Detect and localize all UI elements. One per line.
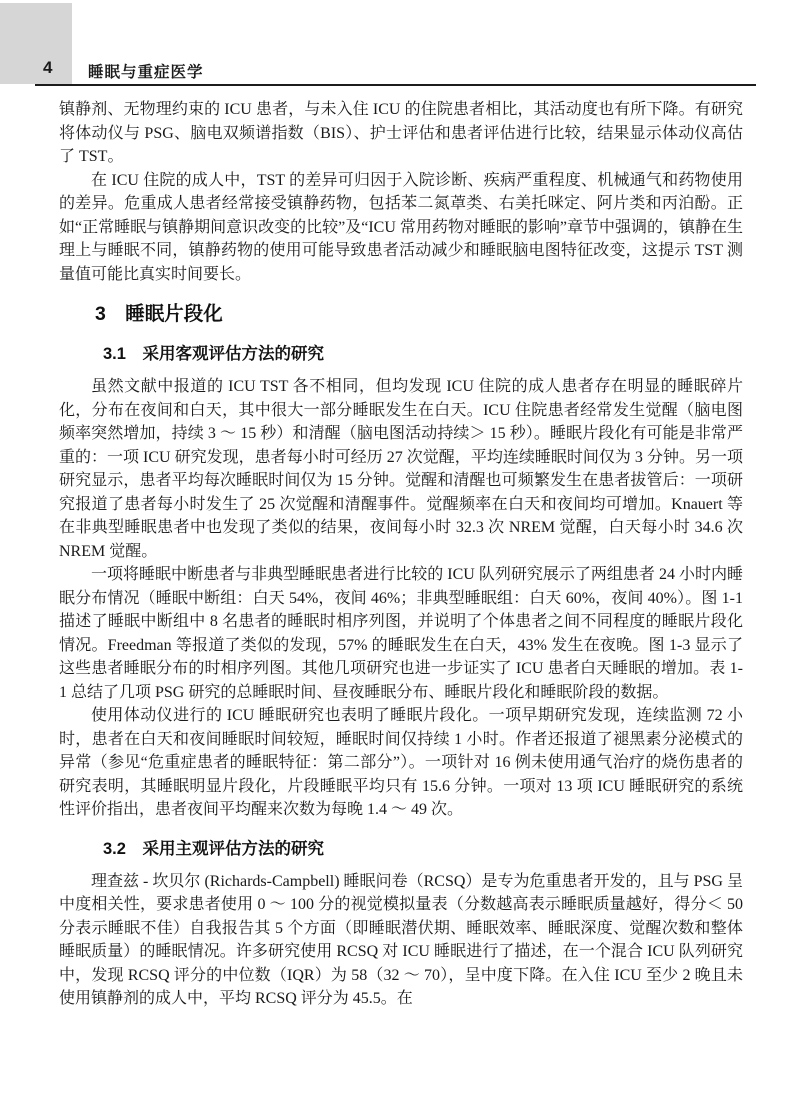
section-number: 3 [95, 303, 106, 325]
subsection-heading: 3.2 采用主观评估方法的研究 [103, 838, 743, 860]
body-paragraph: 在 ICU 住院的成人中，TST 的差异可归因于入院诊断、疾病严重程度、机械通气… [59, 169, 743, 287]
page-body: 镇静剂、无物理约束的 ICU 患者，与未入住 ICU 的住院患者相比，其活动度也… [59, 98, 743, 1011]
subsection-number: 3.1 [103, 345, 126, 363]
subsection-title: 采用主观评估方法的研究 [143, 840, 325, 858]
body-paragraph: 虽然文献中报道的 ICU TST 各不相同，但均发现 ICU 住院的成人患者存在… [59, 375, 743, 563]
page-header: 4 睡眠与重症医学 [0, 58, 756, 82]
subsection-heading: 3.1 采用客观评估方法的研究 [103, 343, 743, 365]
body-paragraph: 一项将睡眠中断患者与非典型睡眠患者进行比较的 ICU 队列研究展示了两组患者 2… [59, 563, 743, 704]
page-number: 4 [43, 58, 52, 78]
section-title: 睡眠片段化 [125, 303, 223, 325]
body-paragraph: 镇静剂、无物理约束的 ICU 患者，与未入住 ICU 的住院患者相比，其活动度也… [59, 98, 743, 169]
section-heading: 3 睡眠片段化 [95, 301, 743, 327]
subsection-number: 3.2 [103, 840, 126, 858]
book-page: 4 睡眠与重症医学 镇静剂、无物理约束的 ICU 患者，与未入住 ICU 的住院… [0, 0, 790, 1098]
body-paragraph: 使用体动仪进行的 ICU 睡眠研究也表明了睡眠片段化。一项早期研究发现，连续监测… [59, 704, 743, 822]
subsection-title: 采用客观评估方法的研究 [143, 345, 325, 363]
header-rule [35, 84, 756, 86]
body-paragraph: 理查兹 - 坎贝尔 (Richards-Campbell) 睡眠问卷（RCSQ）… [59, 870, 743, 1011]
running-header-title: 睡眠与重症医学 [88, 60, 204, 82]
